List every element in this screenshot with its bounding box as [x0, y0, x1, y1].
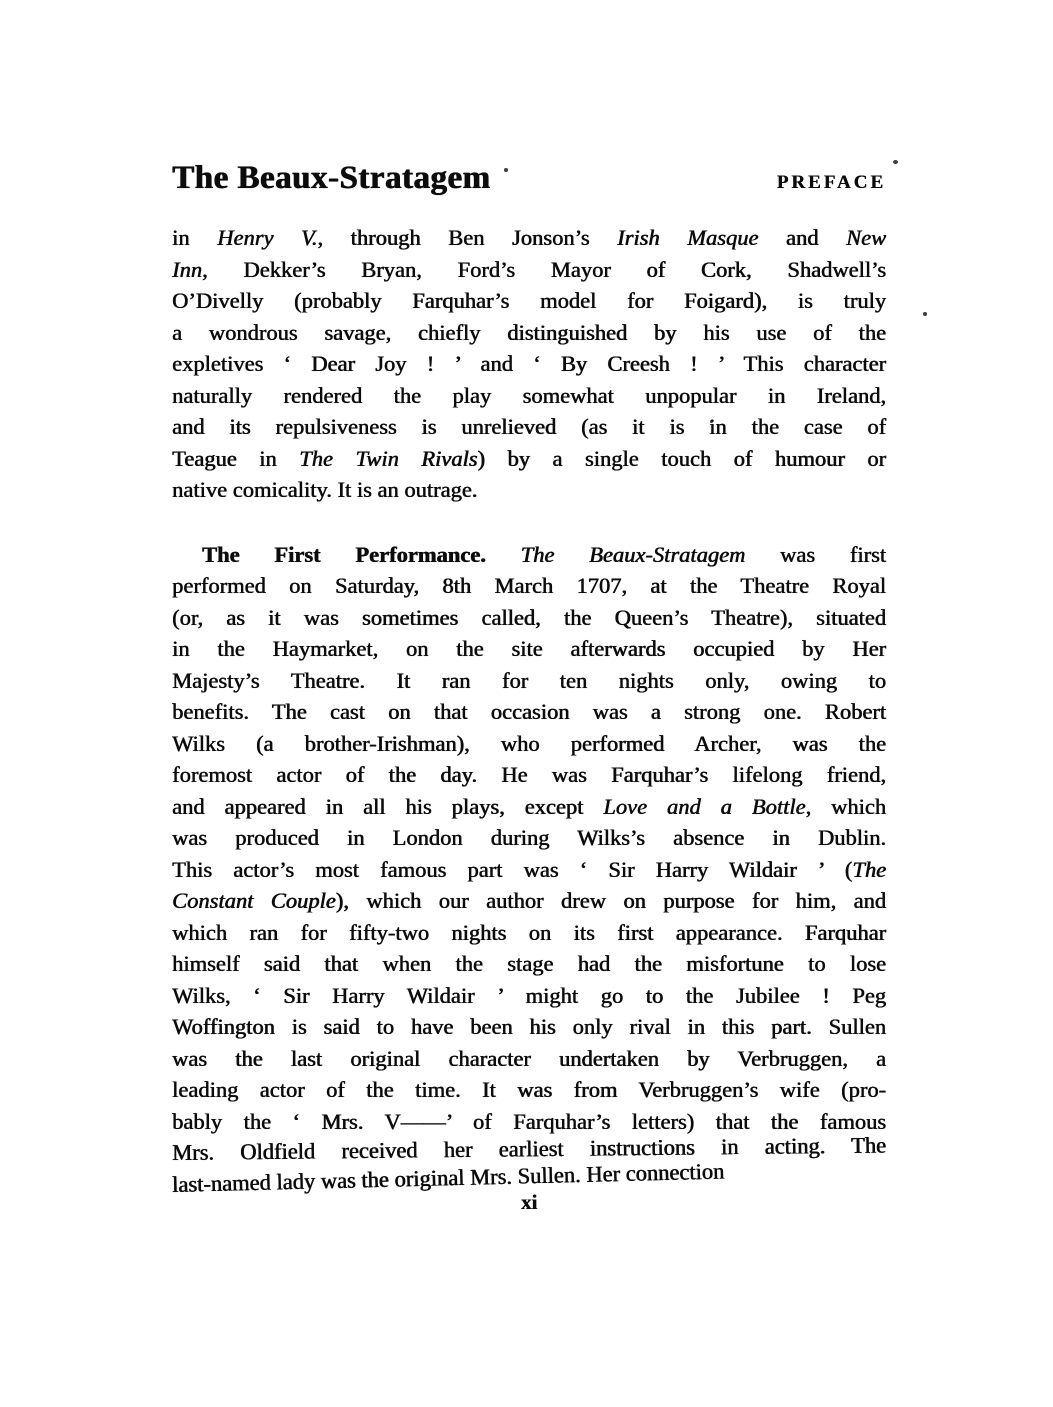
paragraph: in Henry V., through Ben Jonson’s Irish …	[172, 222, 886, 506]
text-line: and its repulsiveness is unrelieved (as …	[172, 411, 886, 443]
text-segment: was first	[745, 542, 886, 567]
page-header: The Beaux-Stratagem PREFACE	[172, 160, 886, 197]
text-line: This actor’s most famous part was ‘ Sir …	[172, 854, 886, 886]
italic-text: The	[852, 857, 886, 882]
text-line: which ran for fifty-two nights on its fi…	[172, 917, 886, 949]
text-segment: , through Ben Jonson’s	[317, 225, 617, 250]
text-line: Wilks (a brother-Irishman), who performe…	[172, 728, 886, 760]
text-segment: Majesty’s Theatre. It ran for ten nights…	[172, 668, 886, 693]
text-segment: Wilks, ‘ Sir Harry Wildair ’ might go to…	[172, 983, 886, 1008]
scan-speck	[923, 312, 927, 316]
text-segment: naturally rendered the play somewhat unp…	[172, 383, 886, 408]
italic-text: Constant Couple	[172, 888, 336, 913]
text-segment: himself said that when the stage had the…	[172, 951, 886, 976]
text-line: expletives ‘ Dear Joy ! ’ and ‘ By Crees…	[172, 348, 886, 380]
text-line: Constant Couple), which our author drew …	[172, 885, 886, 917]
text-segment: was produced in London during Wilks’s ab…	[172, 825, 886, 850]
italic-text: Henry V.	[217, 225, 317, 250]
text-segment	[486, 542, 521, 567]
italic-text: The Beaux-Stratagem	[521, 542, 746, 567]
text-segment: ) by a single touch of humour or	[477, 446, 886, 471]
page-number: xi	[172, 1190, 886, 1215]
text-segment: This actor’s most famous part was ‘ Sir …	[172, 857, 852, 882]
text-segment: expletives ‘ Dear Joy ! ’ and ‘ By Crees…	[172, 351, 886, 376]
section-label: PREFACE	[777, 172, 886, 194]
scan-speck	[710, 420, 713, 423]
text-segment: was the last original character undertak…	[172, 1046, 886, 1071]
text-segment: Teague in	[172, 446, 299, 471]
text-segment: in the Haymarket, on the site afterwards…	[172, 636, 886, 661]
text-segment: leading actor of the time. It was from V…	[172, 1077, 886, 1102]
text-segment: and appeared in all his plays, except	[172, 794, 603, 819]
text-segment: which ran for fifty-two nights on its fi…	[172, 920, 886, 945]
text-line: Majesty’s Theatre. It ran for ten nights…	[172, 665, 886, 697]
text-line: and appeared in all his plays, except Lo…	[172, 791, 886, 823]
scan-speck	[893, 160, 898, 164]
text-segment: and	[758, 225, 846, 250]
text-segment: a wondrous savage, chiefly distinguished…	[172, 320, 886, 345]
text-line: foremost actor of the day. He was Farquh…	[172, 759, 886, 791]
italic-text: The Twin Rivals	[299, 446, 477, 471]
text-line: a wondrous savage, chiefly distinguished…	[172, 317, 886, 349]
text-segment: , Dekker’s Bryan, Ford’s Mayor of Cork, …	[202, 257, 886, 282]
text-line: performed on Saturday, 8th March 1707, a…	[172, 570, 886, 602]
text-line: naturally rendered the play somewhat unp…	[172, 380, 886, 412]
text-segment: and its repulsiveness is unrelieved (as …	[172, 414, 886, 439]
text-line: himself said that when the stage had the…	[172, 948, 886, 980]
text-segment: performed on Saturday, 8th March 1707, a…	[172, 573, 886, 598]
text-line: Inn, Dekker’s Bryan, Ford’s Mayor of Cor…	[172, 254, 886, 286]
bold-text: The First Performance.	[202, 542, 486, 567]
paragraph: The First Performance. The Beaux-Stratag…	[172, 539, 886, 1201]
text-block: in Henry V., through Ben Jonson’s Irish …	[172, 222, 886, 1200]
text-line: benefits. The cast on that occasion was …	[172, 696, 886, 728]
text-line: Teague in The Twin Rivals) by a single t…	[172, 443, 886, 475]
text-segment: benefits. The cast on that occasion was …	[172, 699, 886, 724]
text-segment: foremost actor of the day. He was Farquh…	[172, 762, 886, 787]
running-title: The Beaux-Stratagem	[172, 160, 490, 197]
text-line: O’Divelly (probably Farquhar’s model for…	[172, 285, 886, 317]
scan-speck	[504, 168, 508, 172]
text-line: in Henry V., through Ben Jonson’s Irish …	[172, 222, 886, 254]
text-line: (or, as it was sometimes called, the Que…	[172, 602, 886, 634]
text-segment: in	[172, 225, 217, 250]
text-line: was the last original character undertak…	[172, 1043, 886, 1075]
text-segment: ), which our author drew on purpose for …	[336, 888, 886, 913]
text-segment: , which	[805, 794, 886, 819]
text-line: Wilks, ‘ Sir Harry Wildair ’ might go to…	[172, 980, 886, 1012]
text-segment: native comicality. It is an outrage.	[172, 477, 477, 502]
text-line: native comicality. It is an outrage.	[172, 474, 886, 506]
text-line: Woffington is said to have been his only…	[172, 1011, 886, 1043]
italic-text: Love and a Bottle	[603, 794, 805, 819]
italic-text: Irish Masque	[617, 225, 758, 250]
text-segment: Woffington is said to have been his only…	[172, 1014, 886, 1039]
text-line: leading actor of the time. It was from V…	[172, 1074, 886, 1106]
text-line: The First Performance. The Beaux-Stratag…	[172, 539, 886, 571]
text-segment: Wilks (a brother-Irishman), who performe…	[172, 731, 886, 756]
text-segment: (or, as it was sometimes called, the Que…	[172, 605, 886, 630]
text-line: in the Haymarket, on the site afterwards…	[172, 633, 886, 665]
book-page: The Beaux-Stratagem PREFACE in Henry V.,…	[0, 0, 1053, 1407]
italic-text: Inn	[172, 257, 202, 282]
text-line: was produced in London during Wilks’s ab…	[172, 822, 886, 854]
italic-text: New	[846, 225, 886, 250]
text-segment: O’Divelly (probably Farquhar’s model for…	[172, 288, 886, 313]
